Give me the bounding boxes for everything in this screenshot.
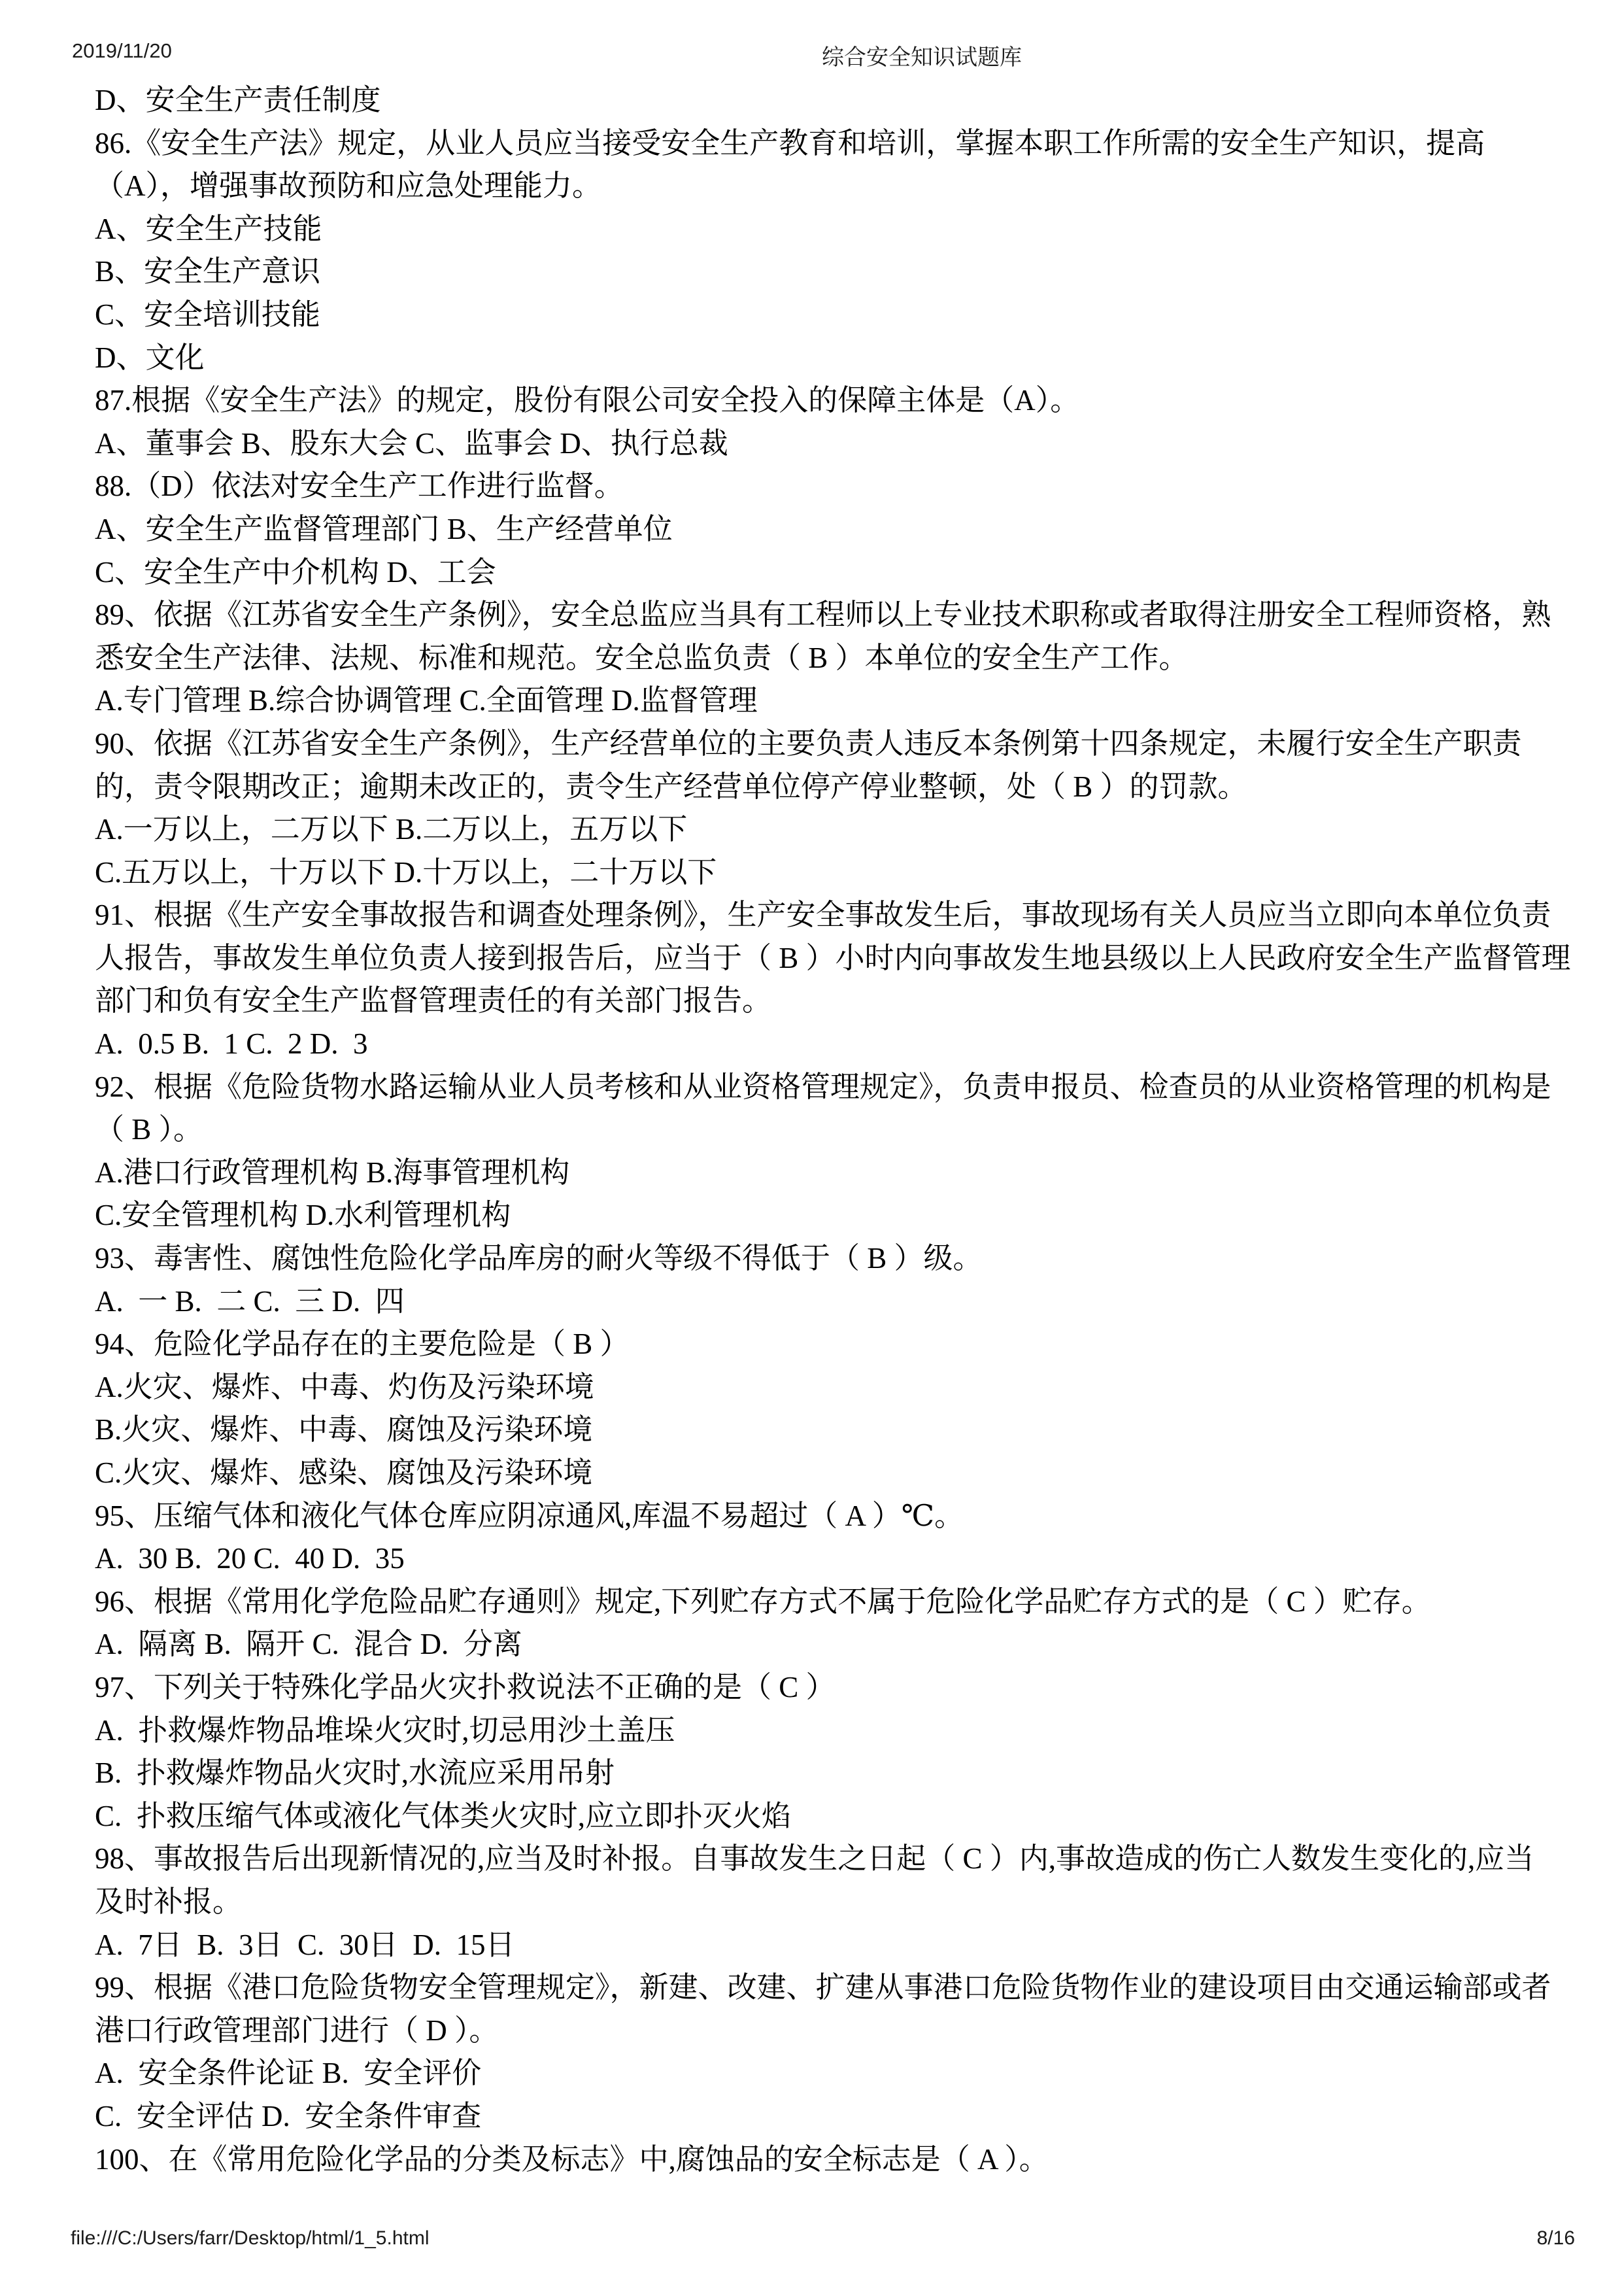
document-line: D、安全生产责任制度 [95, 79, 1592, 122]
page-footer: file:///C:/Users/farr/Desktop/html/1_5.h… [71, 2227, 1575, 2250]
document-line: 悉安全生产法律、法规、标准和规范。安全总监负责（ B ）本单位的安全生产工作。 [95, 637, 1592, 680]
document-line: A.港口行政管理机构 B.海事管理机构 [95, 1152, 1592, 1195]
document-line: C. 安全评估 D. 安全条件审查 [95, 2095, 1592, 2138]
document-line: 86.《安全生产法》规定，从业人员应当接受安全生产教育和培训，掌握本职工作所需的… [95, 122, 1592, 165]
document-line: C.安全管理机构 D.水利管理机构 [95, 1194, 1592, 1237]
document-line: C.五万以上，十万以下 D.十万以上，二十万以下 [95, 851, 1592, 895]
document-line: A.专门管理 B.综合协调管理 C.全面管理 D.监督管理 [95, 679, 1592, 723]
document-line: A. 7日 B. 3日 C. 30日 D. 15日 [95, 1924, 1592, 1967]
document-line: A. 隔离 B. 隔开 C. 混合 D. 分离 [95, 1623, 1592, 1666]
document-line: 88.（D）依法对安全生产工作进行监督。 [95, 465, 1592, 508]
document-line: B、安全生产意识 [95, 250, 1592, 294]
footer-page-number: 8/16 [1537, 2227, 1575, 2250]
document-line: A、安全生产技能 [95, 208, 1592, 251]
document-line: 的，责令限期改正；逾期未改正的，责令生产经营单位停产停业整顿，处（ B ）的罚款… [95, 766, 1592, 809]
document-line: 人报告，事故发生单位负责人接到报告后，应当于（ B ）小时内向事故发生地县级以上… [95, 937, 1592, 980]
document-line: 90、依据《江苏省安全生产条例》，生产经营单位的主要负责人违反本条例第十四条规定… [95, 723, 1592, 766]
document-line: 100、在《常用危险化学品的分类及标志》中,腐蚀品的安全标志是（ A ）。 [95, 2138, 1592, 2182]
document-line: 96、根据《常用化学危险品贮存通则》规定,下列贮存方式不属于危险化学品贮存方式的… [95, 1581, 1592, 1624]
header-title: 综合安全知识试题库 [822, 39, 1022, 71]
document-line: 89、依据《江苏省安全生产条例》，安全总监应当具有工程师以上专业技术职称或者取得… [95, 594, 1592, 637]
document-page: 2019/11/20 综合安全知识试题库 D、安全生产责任制度86.《安全生产法… [0, 0, 1622, 2296]
document-line: D、文化 [95, 337, 1592, 380]
document-line: A.一万以上，二万以下 B.二万以上，五万以下 [95, 808, 1592, 851]
page-header: 2019/11/20 综合安全知识试题库 [72, 39, 1575, 68]
document-line: A.火灾、爆炸、中毒、灼伤及污染环境 [95, 1366, 1592, 1409]
document-line: C、安全培训技能 [95, 294, 1592, 337]
document-line: A. 一 B. 二 C. 三 D. 四 [95, 1280, 1592, 1324]
document-line: A. 30 B. 20 C. 40 D. 35 [95, 1537, 1592, 1581]
document-line: （ B ）。 [95, 1108, 1592, 1152]
document-line: A、董事会 B、股东大会 C、监事会 D、执行总裁 [95, 422, 1592, 466]
document-body: D、安全生产责任制度86.《安全生产法》规定，从业人员应当接受安全生产教育和培训… [95, 79, 1592, 2181]
document-line: 95、压缩气体和液化气体仓库应阴凉通风,库温不易超过（ A ）℃。 [95, 1495, 1592, 1538]
document-line: 部门和负有安全生产监督管理责任的有关部门报告。 [95, 980, 1592, 1023]
document-line: 及时补报。 [95, 1881, 1592, 1924]
document-line: B.火灾、爆炸、中毒、腐蚀及污染环境 [95, 1409, 1592, 1452]
document-line: 92、根据《危险货物水路运输从业人员考核和从业资格管理规定》，负责申报员、检查员… [95, 1066, 1592, 1109]
document-line: 97、下列关于特殊化学品火灾扑救说法不正确的是（ C ） [95, 1666, 1592, 1709]
document-line: 港口行政管理部门进行（ D ）。 [95, 2010, 1592, 2053]
document-line: 94、危险化学品存在的主要危险是（ B ） [95, 1323, 1592, 1366]
document-line: C、安全生产中介机构 D、工会 [95, 551, 1592, 594]
document-line: C. 扑救压缩气体或液化气体类火灾时,应立即扑灭火焰 [95, 1795, 1592, 1838]
document-line: 91、根据《生产安全事故报告和调查处理条例》，生产安全事故发生后，事故现场有关人… [95, 894, 1592, 937]
document-line: A、安全生产监督管理部门 B、生产经营单位 [95, 508, 1592, 551]
document-line: （A），增强事故预防和应急处理能力。 [95, 165, 1592, 208]
document-line: 87.根据《安全生产法》的规定，股份有限公司安全投入的保障主体是（A）。 [95, 379, 1592, 422]
document-line: C.火灾、爆炸、感染、腐蚀及污染环境 [95, 1452, 1592, 1495]
header-date: 2019/11/20 [72, 39, 172, 63]
document-line: A. 安全条件论证 B. 安全评价 [95, 2052, 1592, 2095]
document-line: 98、事故报告后出现新情况的,应当及时补报。自事故发生之日起（ C ）内,事故造… [95, 1838, 1592, 1881]
document-line: A. 扑救爆炸物品堆垛火灾时,切忌用沙土盖压 [95, 1709, 1592, 1753]
footer-file-url: file:///C:/Users/farr/Desktop/html/1_5.h… [71, 2227, 430, 2250]
document-line: A. 0.5 B. 1 C. 2 D. 3 [95, 1023, 1592, 1066]
document-line: B. 扑救爆炸物品火灾时,水流应采用吊射 [95, 1752, 1592, 1795]
document-line: 93、毒害性、腐蚀性危险化学品库房的耐火等级不得低于（ B ）级。 [95, 1237, 1592, 1280]
document-line: 99、根据《港口危险货物安全管理规定》，新建、改建、扩建从事港口危险货物作业的建… [95, 1966, 1592, 2010]
